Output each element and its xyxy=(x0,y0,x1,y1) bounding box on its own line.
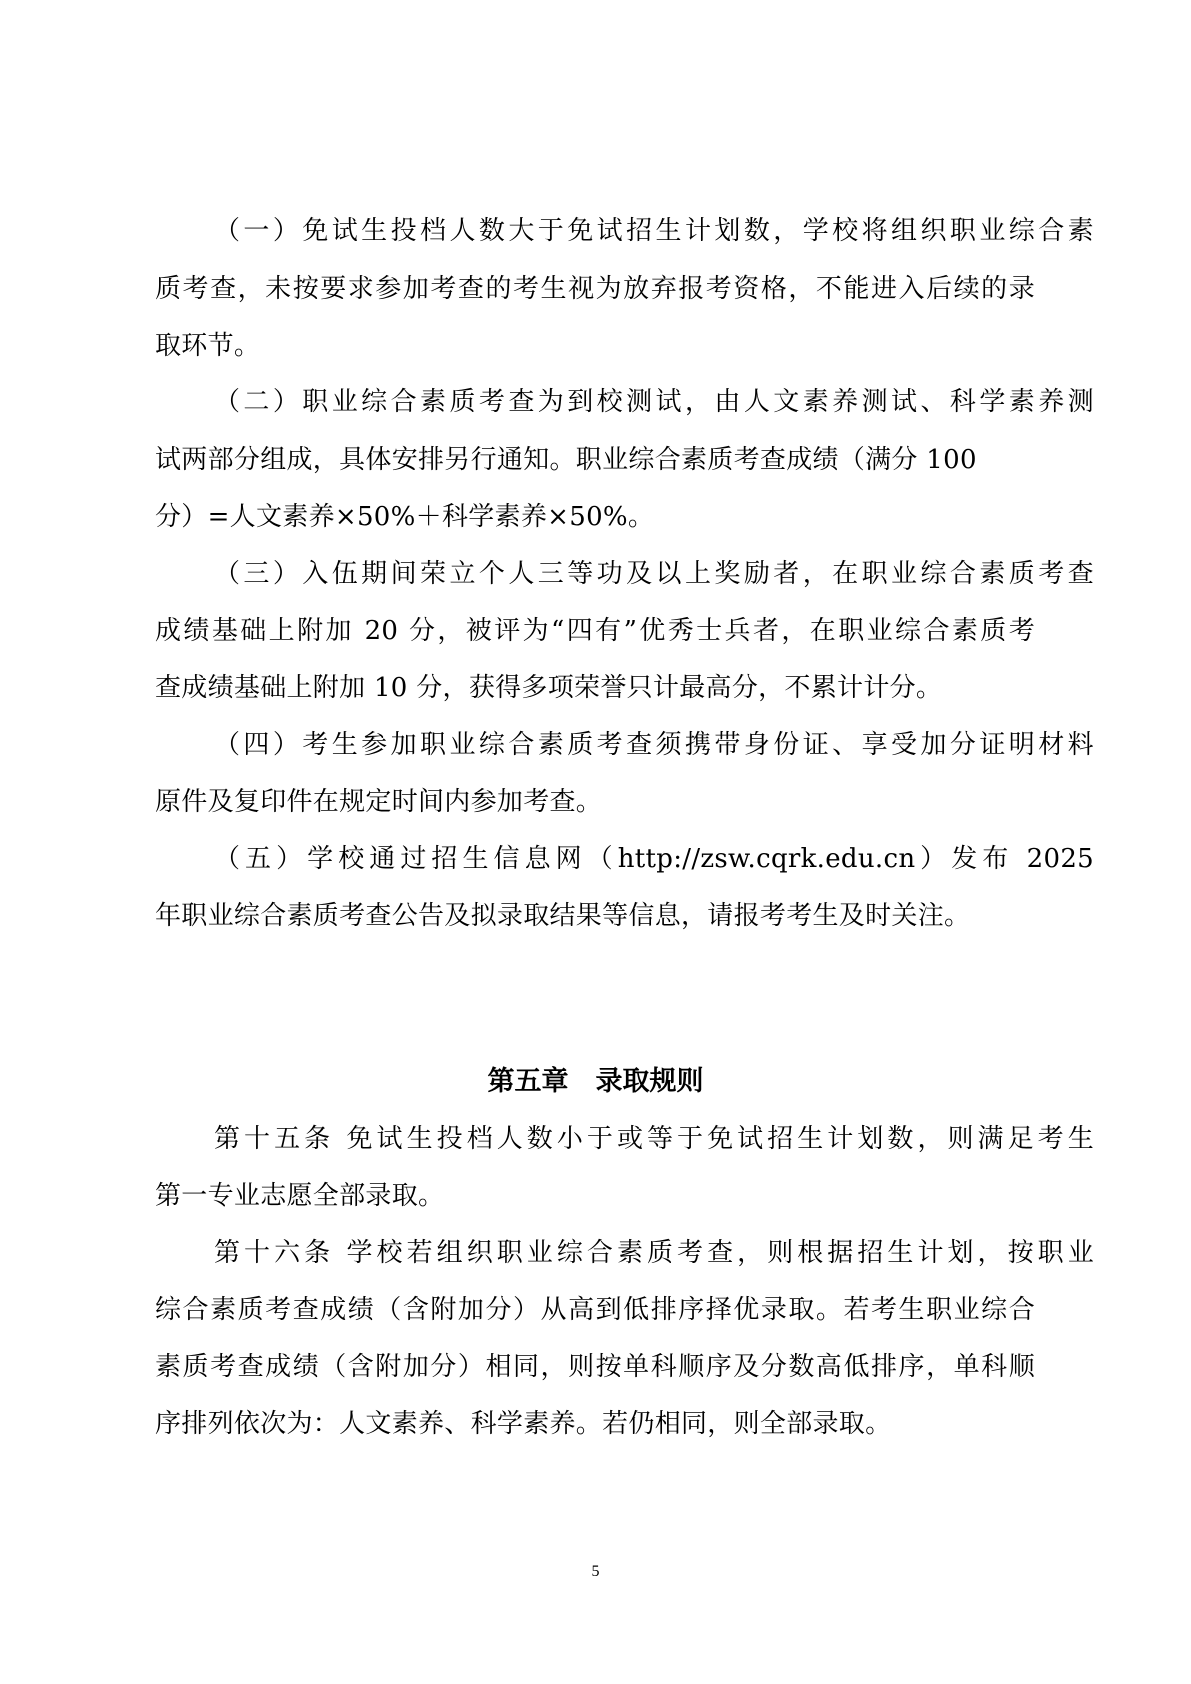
text-line: 序排列依次为：人文素养、科学素养。若仍相同，则全部录取。 xyxy=(155,1407,1035,1441)
text-line: 原件及复印件在规定时间内参加考查。 xyxy=(155,785,1035,819)
page-number: 5 xyxy=(0,1562,1191,1582)
text-line: 第十六条 学校若组织职业综合素质考查，则根据招生计划，按职业 xyxy=(214,1236,1094,1270)
text-line: 成绩基础上附加 20 分，被评为“四有”优秀士兵者，在职业综合素质考 xyxy=(155,614,1035,648)
text-line: （四）考生参加职业综合素质考查须携带身份证、享受加分证明材料 xyxy=(214,728,1094,762)
text-line: 第一专业志愿全部录取。 xyxy=(155,1179,1035,1213)
text-line: 取环节。 xyxy=(155,329,1035,363)
text-line: 查成绩基础上附加 10 分，获得多项荣誉只计最高分，不累计计分。 xyxy=(155,671,1035,705)
chapter-heading: 第五章 录取规则 xyxy=(0,1065,1191,1099)
text-line: （五）学校通过招生信息网（http://zsw.cqrk.edu.cn）发布 2… xyxy=(214,842,1094,876)
text-line: （一）免试生投档人数大于免试招生计划数，学校将组织职业综合素 xyxy=(214,214,1094,248)
document-page: （一）免试生投档人数大于免试招生计划数，学校将组织职业综合素 质考查，未按要求参… xyxy=(0,0,1191,1684)
text-line: 年职业综合素质考查公告及拟录取结果等信息，请报考考生及时关注。 xyxy=(155,899,1035,933)
text-line: 试两部分组成，具体安排另行通知。职业综合素质考查成绩（满分 100 xyxy=(155,443,1035,477)
text-line: 素质考查成绩（含附加分）相同，则按单科顺序及分数高低排序，单科顺 xyxy=(155,1350,1035,1384)
text-line: （二）职业综合素质考查为到校测试，由人文素养测试、科学素养测 xyxy=(214,385,1094,419)
text-line: 第十五条 免试生投档人数小于或等于免试招生计划数，则满足考生 xyxy=(214,1122,1094,1156)
text-line: 分）=人文素养×50%＋科学素养×50%。 xyxy=(155,500,1035,534)
text-line: 质考查，未按要求参加考查的考生视为放弃报考资格，不能进入后续的录 xyxy=(155,272,1035,306)
text-line: 综合素质考查成绩（含附加分）从高到低排序择优录取。若考生职业综合 xyxy=(155,1293,1035,1327)
text-line: （三）入伍期间荣立个人三等功及以上奖励者，在职业综合素质考查 xyxy=(214,557,1094,591)
